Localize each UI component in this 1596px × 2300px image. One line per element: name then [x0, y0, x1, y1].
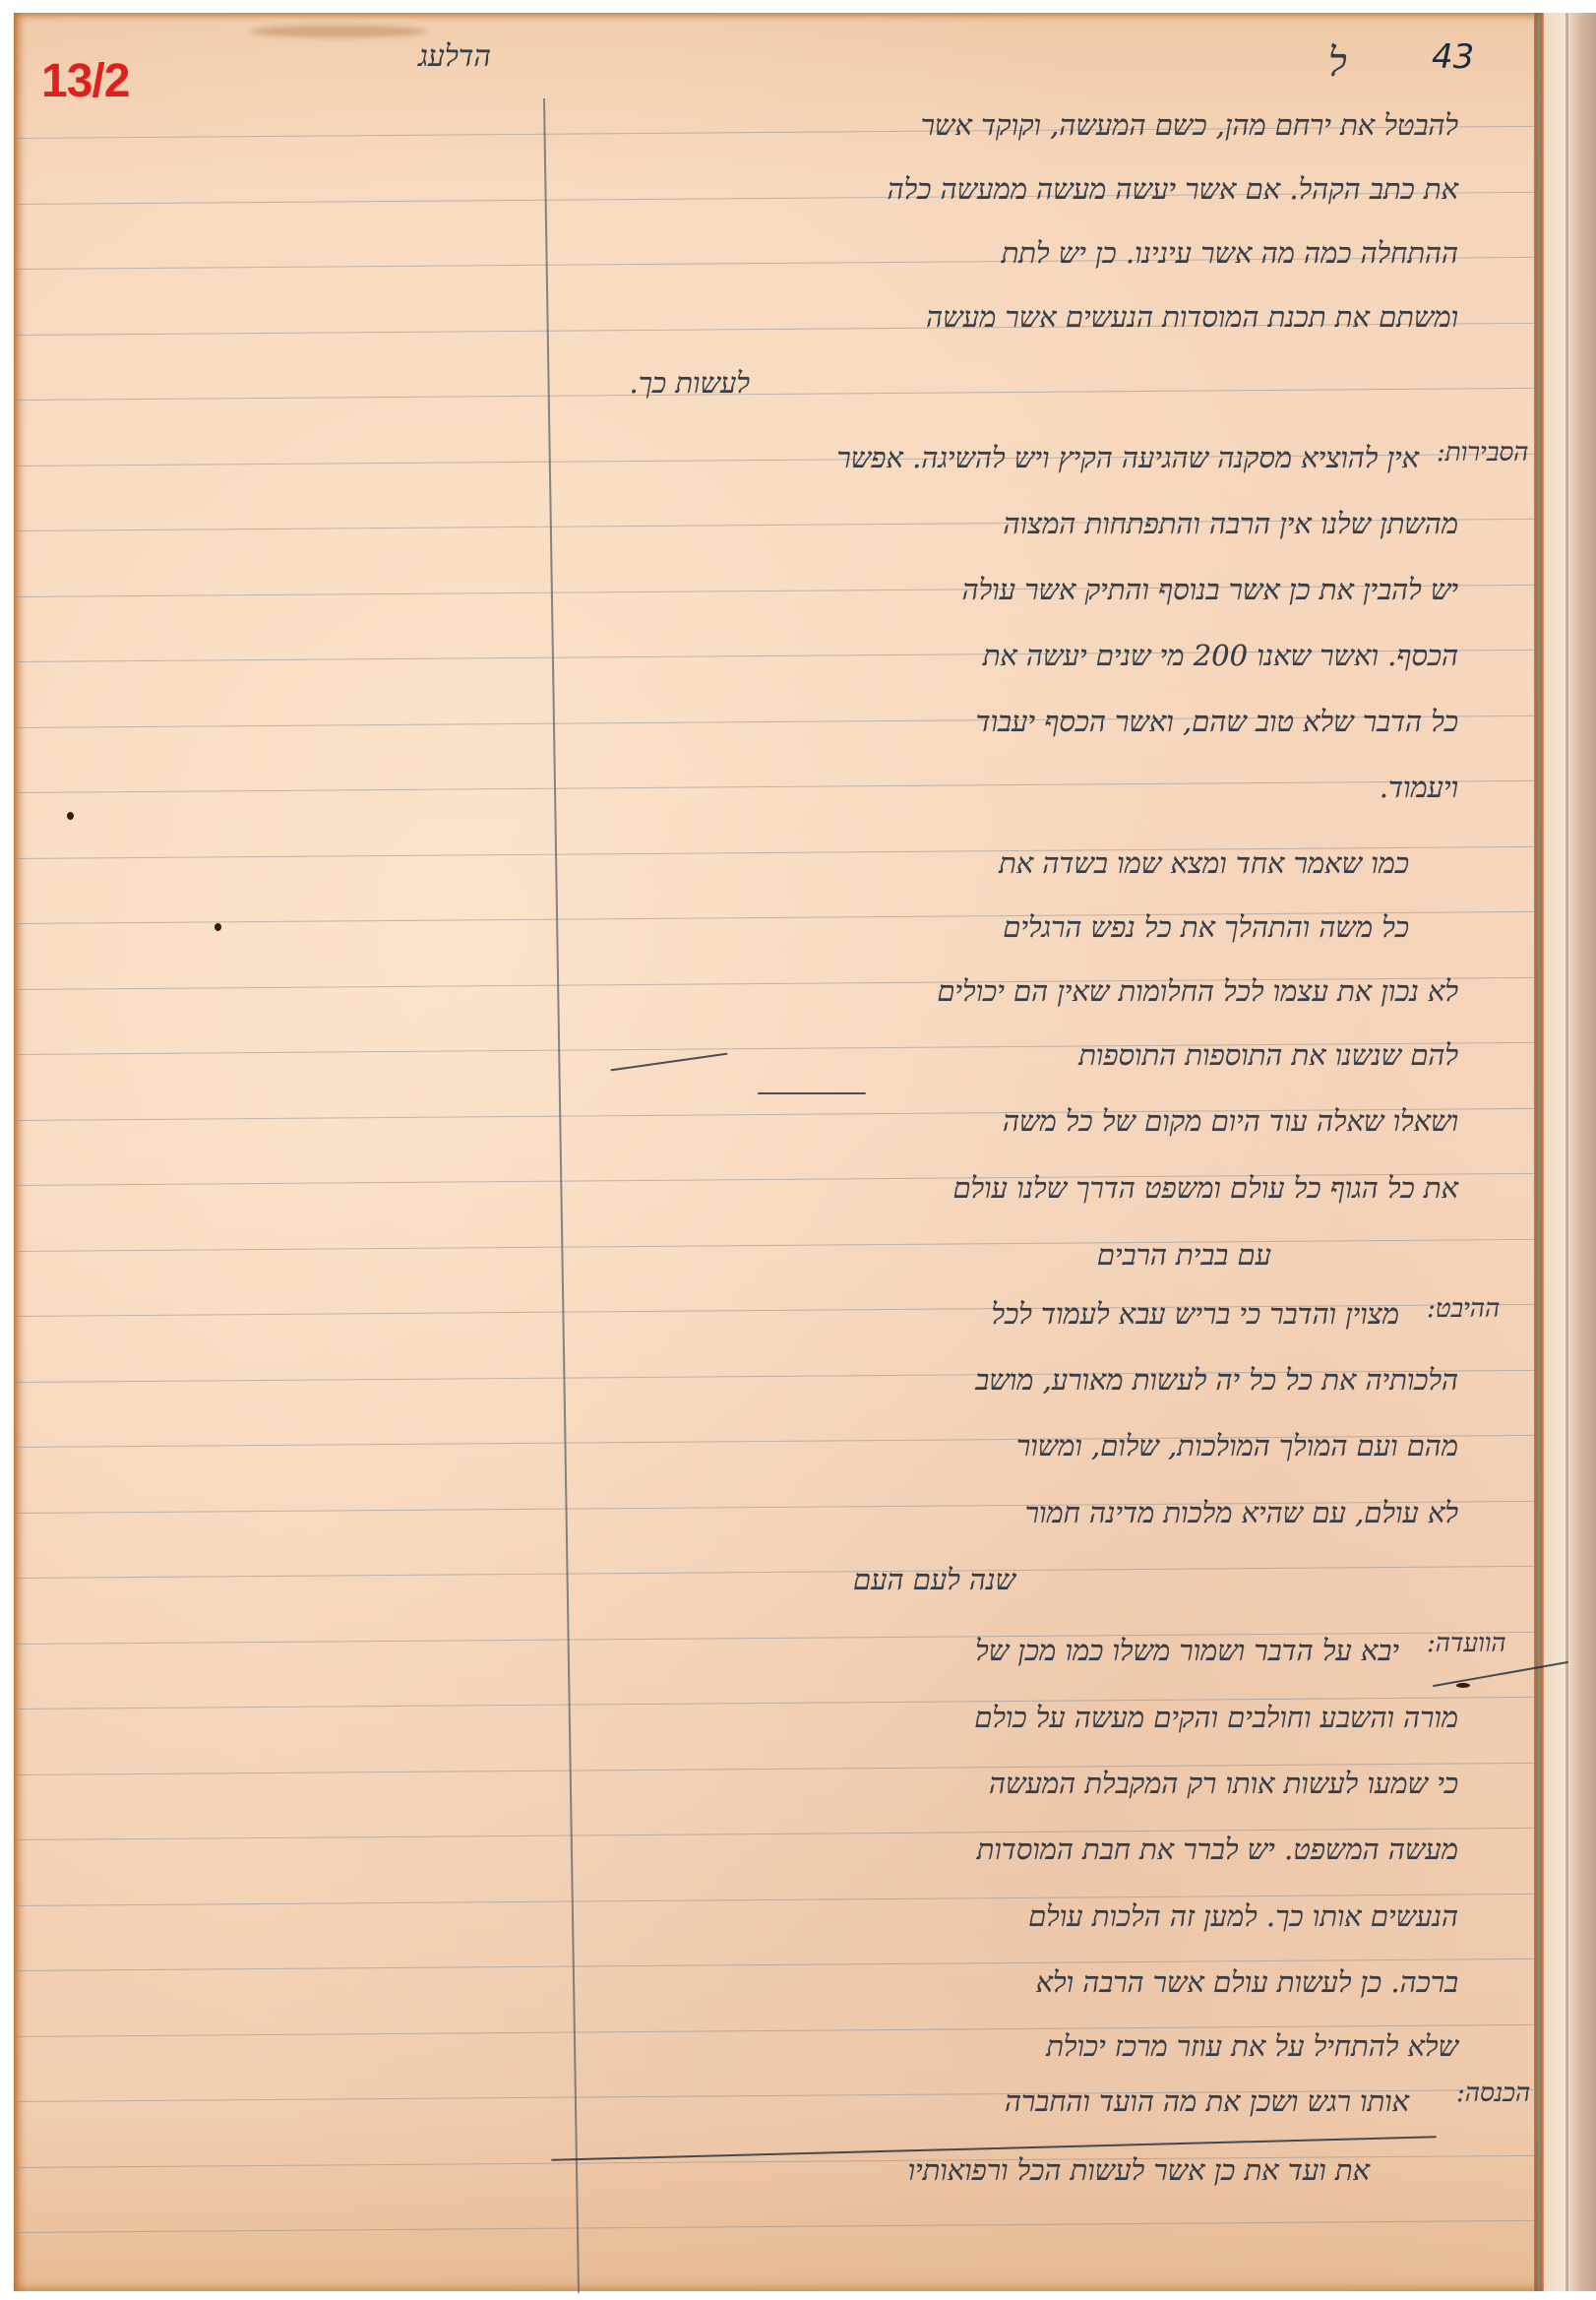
notebook-spine: [1534, 13, 1544, 2291]
text-line: ההתחלה כמה מה אשר עינינו. כן יש לתת: [1002, 236, 1458, 271]
text-line: עם בבית הרבים: [1097, 1238, 1271, 1273]
section-label: הוועדה:: [1427, 1629, 1506, 1658]
text-line: ומשתם את תכנת המוסדות הנעשים אשר מעשה: [926, 300, 1458, 335]
section-label: הכנסה:: [1456, 2079, 1530, 2108]
text-line: כי שמעו לעשות אותו רק המקבלת המעשה: [989, 1767, 1458, 1801]
text-line: את כתב הקהל. אם אשר יעשה מעשה ממעשה כלה: [888, 172, 1458, 207]
text-line: מעשה המשפט. יש לברר את חבת המוסדות: [977, 1833, 1458, 1867]
margin-title-note: הדלעג: [418, 39, 491, 74]
notebook-page: [14, 13, 1544, 2291]
text-line: ויעמוד.: [1380, 771, 1458, 805]
text-line: את ועד את כן אשר לעשות הכל ורפואותיו: [908, 2153, 1370, 2188]
text-line: מורה והשבע וחולבים והקים מעשה על כולם: [974, 1701, 1458, 1735]
text-line: את כל הגוף כל עולם ומשפט הדרך שלנו עולם: [952, 1171, 1458, 1206]
text-line: כמו שאמר אחד ומצא שמו בשדה את: [999, 846, 1409, 881]
archive-stamp-label: 13/2: [41, 54, 129, 108]
section-label: הסבירות:: [1437, 438, 1528, 467]
facing-page-edge: [1544, 13, 1596, 2291]
page-number: 43: [1432, 37, 1474, 77]
text-line: מהשתן שלנו אין הרבה והתפתחות המצוה: [1004, 507, 1458, 541]
text-line: להם שנשנו את התוספות התוספות: [1078, 1038, 1458, 1073]
text-line: מצוין והדבר כי בריש עבא לעמוד לכל: [992, 1297, 1400, 1332]
text-line: יש להבין את כן אשר בנוסף והתיק אשר עולה: [962, 573, 1458, 607]
text-line: כל משה והתהלך את כל נפש הרגלים: [1003, 910, 1409, 945]
ink-speck: [215, 923, 221, 931]
text-line: אותו רגש ושכן את מה הועד והחברה: [1005, 2084, 1409, 2119]
paper-stain: [250, 26, 427, 37]
text-line: ברכה. כן לעשות עולם אשר הרבה ולא: [1036, 1965, 1458, 2000]
text-line: יבא על הדבר ושמור משלו כמו מכן של: [975, 1634, 1399, 1668]
ink-speck: [1456, 1683, 1470, 1688]
text-line: להבטל את ירחם מהן, כשם המעשה, וקוקד אשר: [921, 108, 1458, 143]
top-mark: ל: [1328, 39, 1347, 86]
underline-mark: [758, 1092, 866, 1094]
text-line: לא עולם, עם שהיא מלכות מדינה חמור: [1025, 1496, 1458, 1530]
text-line: שלא להתחיל על את עוזר מרכז יכולת: [1046, 2029, 1458, 2064]
ink-speck: [67, 812, 74, 820]
text-line: לא נכון את עצמו לכל החלומות שאין הם יכול…: [937, 974, 1458, 1009]
text-line: הכסף. ואשר שאנו 200 מי שנים יעשה את: [983, 639, 1458, 673]
text-line: ושאלו שאלה עוד היום מקום של כל משה: [1003, 1104, 1458, 1139]
text-line: לעשות כך.: [630, 366, 750, 401]
text-line: שנה לעם העם: [853, 1563, 1015, 1597]
text-line: מהם ועם המולך המולכות, שלום, ומשור: [1016, 1429, 1458, 1463]
text-line: הנעשים אותו כך. למען זה הלכות עולם: [1028, 1899, 1458, 1934]
section-label: ההיבט:: [1427, 1294, 1500, 1324]
text-line: כל הדבר שלא טוב שהם, ואשר הכסף יעבוד: [976, 705, 1458, 739]
text-line: הלכותיה את כל כל יה לעשות מאורע, מושב: [975, 1363, 1458, 1398]
text-line: אין להוציא מסקנה שהגיעה הקיץ ויש להשיגה.…: [837, 441, 1419, 475]
